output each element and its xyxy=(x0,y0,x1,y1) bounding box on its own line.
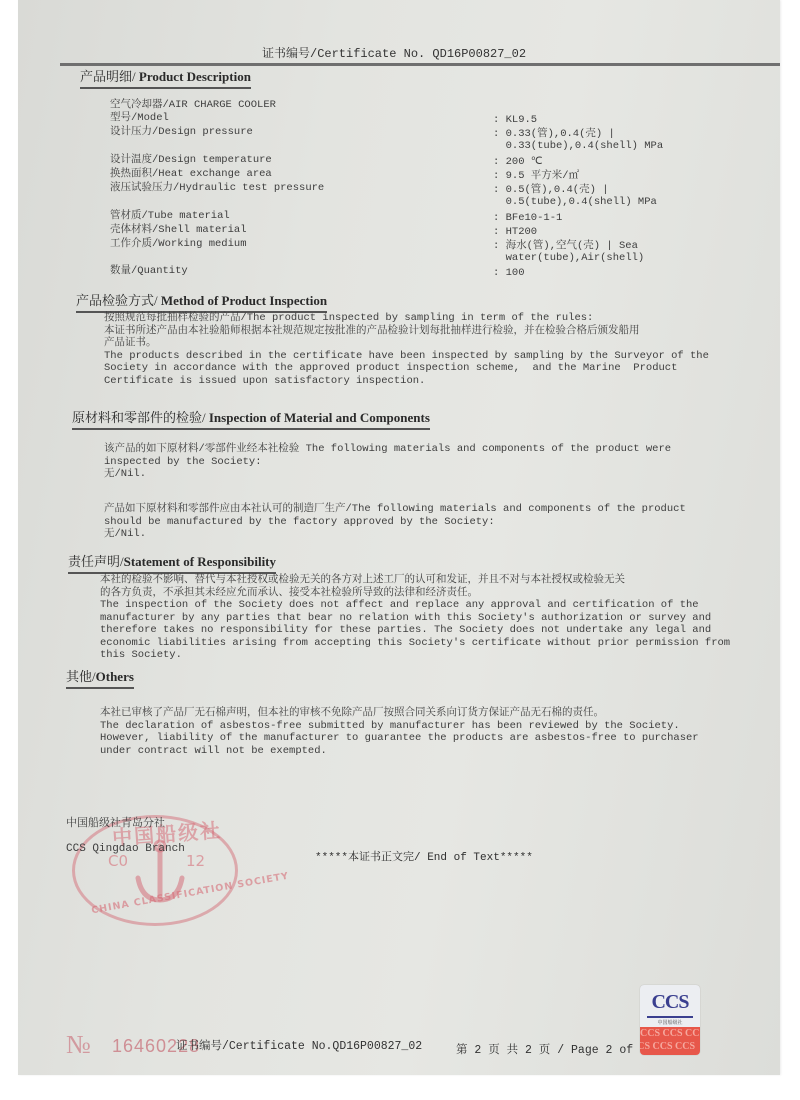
heading-en: Others xyxy=(96,669,134,684)
spec-label: 设计温度/Design temperature xyxy=(110,154,272,167)
heading-en: Method of Product Inspection xyxy=(158,293,327,308)
ccs-logo: CCS xyxy=(640,991,700,1014)
branch-name-cn: 中国船级社青岛分社 xyxy=(66,818,165,831)
spec-value: : 100 xyxy=(493,267,525,280)
section-heading-others: 其他/Others xyxy=(66,666,134,689)
spec-label: 换热面积/Heat exchange area xyxy=(110,168,272,181)
security-pattern-row: CCS CCS CCS xyxy=(640,1040,700,1053)
heading-cn: 责任声明/ xyxy=(68,554,124,569)
heading-cn: 产品明细/ xyxy=(80,69,136,84)
stamp-right-code: 12 xyxy=(186,852,205,870)
heading-en: Inspection of Material and Components xyxy=(206,410,430,425)
spec-value-continued: 0.5(tube),0.4(shell) MPa xyxy=(493,196,657,209)
heading-cn: 产品检验方式/ xyxy=(76,293,158,308)
ccs-subtitle: 中国船级社 xyxy=(640,1019,700,1026)
heading-en: Statement of Responsibility xyxy=(124,554,276,569)
spec-value: : 9.5 平方米/㎡ xyxy=(493,170,579,183)
ccs-security-label: CCS 中国船级社 CCS CCS CCS CCS CCS CCS xyxy=(640,985,700,1055)
spec-value-continued: water(tube),Air(shell) xyxy=(493,252,644,265)
text-line: 的各方负责，不承担其未经应允而承认、接受本社检验所导致的法律和经济责任。 xyxy=(100,587,730,600)
ccs-logo-underline xyxy=(647,1016,693,1018)
branch-name-en: CCS Qingdao Branch xyxy=(66,843,185,856)
material-inspected-text: 该产品的如下原材料/零部件业经本社检验 The following materi… xyxy=(104,443,671,481)
text-line: inspected by the Society: xyxy=(104,456,671,469)
heading-cn: 其他/ xyxy=(66,669,96,684)
text-line: this Society. xyxy=(100,649,730,662)
text-line: The inspection of the Society does not a… xyxy=(100,599,730,612)
spec-label: 壳体材料/Shell material xyxy=(110,224,247,237)
others-text: 本社已审核了产品厂无石棉声明，但本社的审核不免除产品厂按照合同关系向订货方保证产… xyxy=(100,707,699,757)
spec-value: : 200 ℃ xyxy=(493,156,543,169)
heading-en: Product Description xyxy=(136,69,251,84)
spec-value: : HT200 xyxy=(493,226,537,239)
spec-value: : BFe10-1-1 xyxy=(493,212,562,225)
text-line: 无/Nil. xyxy=(104,468,671,481)
text-line: 本社已审核了产品厂无石棉声明，但本社的审核不免除产品厂按照合同关系向订货方保证产… xyxy=(100,707,699,720)
text-line: under contract will not be exempted. xyxy=(100,745,699,758)
section-heading-material-inspection: 原材料和零部件的检验/ Inspection of Material and C… xyxy=(72,407,430,430)
text-line: 产品证书。 xyxy=(104,337,709,350)
serial-prefix: № xyxy=(66,1030,91,1060)
text-line: 产品如下原材料和零部件应由本社认可的制造厂生产/The following ma… xyxy=(104,503,686,516)
text-line: 按照规范每批抽样检验的产品/The product inspected by s… xyxy=(104,312,709,325)
security-pattern-row: CCS CCS CCS xyxy=(640,1027,700,1040)
text-line: manufacturer by any parties that bear no… xyxy=(100,612,730,625)
product-name: 空气冷却器/AIR CHARGE COOLER xyxy=(110,99,276,112)
spec-label: 液压试验压力/Hydraulic test pressure xyxy=(110,182,324,195)
text-line: Society in accordance with the approved … xyxy=(104,362,709,375)
spec-label: 工作介质/Working medium xyxy=(110,238,247,251)
text-line: The declaration of asbestos-free submitt… xyxy=(100,720,699,733)
spec-value-continued: 0.33(tube),0.4(shell) MPa xyxy=(493,140,663,153)
spec-label: 设计压力/Design pressure xyxy=(110,126,253,139)
section-heading-responsibility: 责任声明/Statement of Responsibility xyxy=(68,551,276,574)
ccs-security-band: CCS CCS CCS CCS CCS CCS xyxy=(640,1027,700,1055)
text-line: 该产品的如下原材料/零部件业经本社检验 The following materi… xyxy=(104,443,671,456)
section-heading-product-description: 产品明细/ Product Description xyxy=(80,66,251,89)
text-line: should be manufactured by the factory ap… xyxy=(104,516,686,529)
footer-certificate-number: 证书编号/Certificate No.QD16P00827_02 xyxy=(176,1040,422,1053)
heading-cn: 原材料和零部件的检验/ xyxy=(72,410,206,425)
end-of-text: *****本证书正文完/ End of Text***** xyxy=(315,852,533,865)
spec-value: : KL9.5 xyxy=(493,114,537,127)
text-line: Certificate is issued upon satisfactory … xyxy=(104,375,709,388)
section-heading-inspection-method: 产品检验方式/ Method of Product Inspection xyxy=(76,290,327,313)
text-line: However, liability of the manufacturer t… xyxy=(100,732,699,745)
material-manufactured-text: 产品如下原材料和零部件应由本社认可的制造厂生产/The following ma… xyxy=(104,503,686,541)
spec-label: 型号/Model xyxy=(110,112,169,125)
inspection-method-text: 按照规范每批抽样检验的产品/The product inspected by s… xyxy=(104,312,709,387)
header-certificate-number: 证书编号/Certificate No. QD16P00827_02 xyxy=(262,48,526,61)
responsibility-text: 本社的检验不影响、替代与本社授权或检验无关的各方对上述工厂的认可和发证，并且不对… xyxy=(100,574,730,662)
text-line: therefore takes no responsibility for th… xyxy=(100,624,730,637)
text-line: economic liabilities arising from accept… xyxy=(100,637,730,650)
page-indicator: 第 2 页 共 2 页 / Page 2 of 2 xyxy=(456,1044,647,1057)
text-line: The products described in the certificat… xyxy=(104,350,709,363)
text-line: 本证书所述产品由本社验船师根据本社规范规定按批准的产品检验计划每批抽样进行检验，… xyxy=(104,325,709,338)
text-line: 无/Nil. xyxy=(104,528,686,541)
spec-label: 数量/Quantity xyxy=(110,265,188,278)
text-line: 本社的检验不影响、替代与本社授权或检验无关的各方对上述工厂的认可和发证，并且不对… xyxy=(100,574,730,587)
spec-label: 管材质/Tube material xyxy=(110,210,230,223)
